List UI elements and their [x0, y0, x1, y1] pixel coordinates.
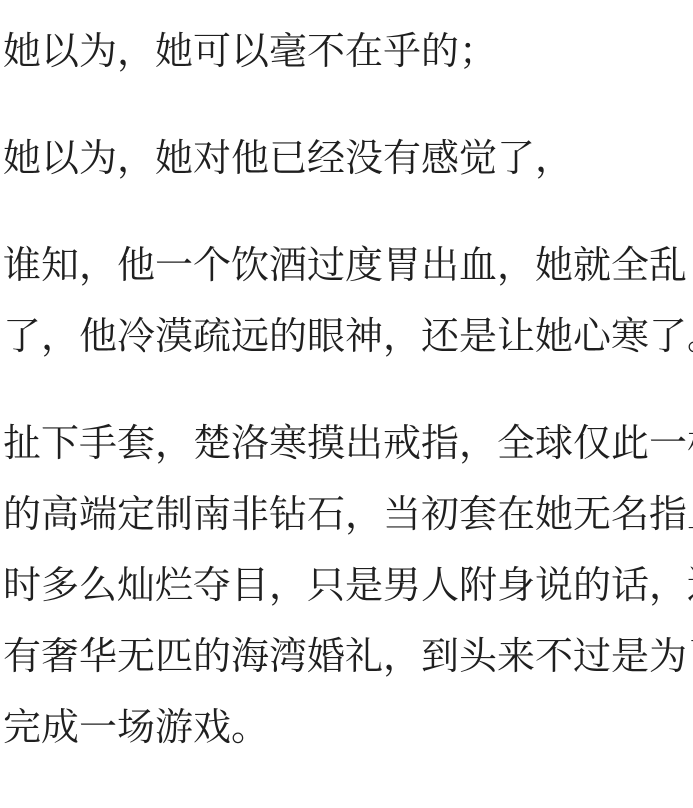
text-content: 她以为，她可以毫不在乎的； 她以为，她对他已经没有感觉了， 谁知，他一个饮酒过度…: [3, 0, 691, 800]
paragraph-2: 她以为，她对他已经没有感觉了，: [3, 124, 691, 195]
paragraph-1: 她以为，她可以毫不在乎的；: [3, 17, 691, 88]
paragraph-4-line-4: 有奢华无匹的海湾婚礼，到头来不过是为了: [3, 622, 691, 693]
paragraph-3-line-2: 了，他冷漠疏远的眼神，还是让她心寒了。: [3, 302, 691, 373]
paragraph-1-line-1: 她以为，她可以毫不在乎的；: [3, 31, 497, 73]
paragraph-3: 谁知，他一个饮酒过度胃出血，她就全乱 了，他冷漠疏远的眼神，还是让她心寒了。: [3, 231, 691, 373]
paragraph-4-line-1: 扯下手套，楚洛寒摸出戒指，全球仅此一枚: [3, 409, 691, 480]
novel-text-page: 她 她以为，她可以毫不在乎的； 她以为，她对他已经没有感觉了， 谁知，他一个饮酒…: [0, 0, 693, 808]
paragraph-4: 扯下手套，楚洛寒摸出戒指，全球仅此一枚 的高端定制南非钻石，当初套在她无名指上 …: [3, 409, 691, 764]
paragraph-3-line-1: 谁知，他一个饮酒过度胃出血，她就全乱: [3, 231, 691, 302]
paragraph-4-line-2: 的高端定制南非钻石，当初套在她无名指上: [3, 480, 691, 551]
paragraph-4-line-5: 完成一场游戏。: [3, 693, 691, 764]
paragraph-4-line-3: 时多么灿烂夺目，只是男人附身说的话，还: [3, 551, 691, 622]
paragraph-2-line-1: 她以为，她对他已经没有感觉了，: [3, 138, 573, 180]
